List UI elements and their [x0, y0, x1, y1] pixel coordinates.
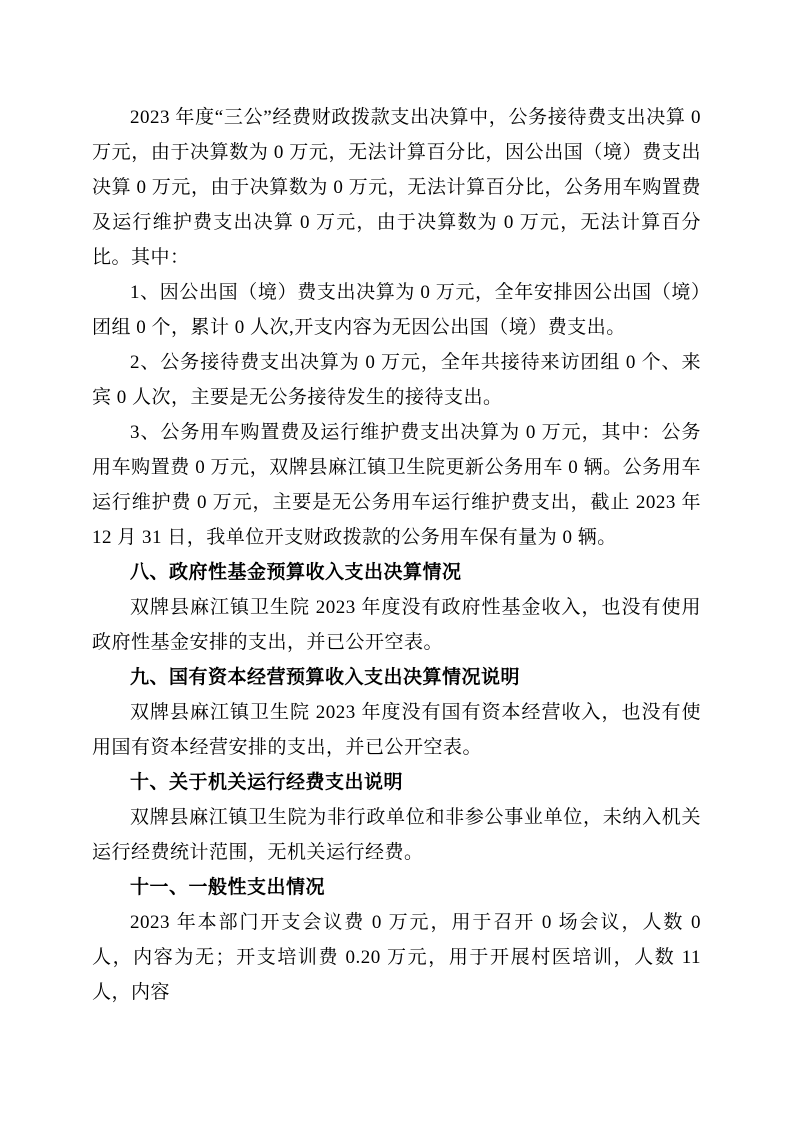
paragraph-item-2-official-reception: 2、公务接待费支出决算为 0 万元，全年共接待来访团组 0 个、来宾 0 人次，…: [92, 345, 701, 415]
heading-section-9-state-capital: 九、国有资本经营预算收入支出决算情况说明: [92, 660, 701, 695]
document-page: 2023 年度“三公”经费财政拨款支出决算中，公务接待费支出决算 0 万元，由于…: [0, 0, 793, 1122]
paragraph-item-3-official-vehicles: 3、公务用车购置费及运行维护费支出决算为 0 万元，其中：公务用车购置费 0 万…: [92, 415, 701, 555]
paragraph-general-expenses: 2023 年本部门开支会议费 0 万元，用于召开 0 场会议，人数 0 人，内容…: [92, 905, 701, 1010]
document-content: 2023 年度“三公”经费财政拨款支出决算中，公务接待费支出决算 0 万元，由于…: [0, 0, 793, 1010]
paragraph-state-capital: 双牌县麻江镇卫生院 2023 年度没有国有资本经营收入，也没有使用国有资本经营安…: [92, 695, 701, 765]
paragraph-agency-operating-costs: 双牌县麻江镇卫生院为非行政单位和非参公事业单位，未纳入机关运行经费统计范围，无机…: [92, 800, 701, 870]
heading-section-10-agency-operating-costs: 十、关于机关运行经费支出说明: [92, 765, 701, 800]
paragraph-government-funds: 双牌县麻江镇卫生院 2023 年度没有政府性基金收入，也没有使用政府性基金安排的…: [92, 590, 701, 660]
heading-section-11-general-expenses: 十一、一般性支出情况: [92, 870, 701, 905]
paragraph-three-public-funds-summary: 2023 年度“三公”经费财政拨款支出决算中，公务接待费支出决算 0 万元，由于…: [92, 100, 701, 275]
heading-section-8-government-funds: 八、政府性基金预算收入支出决算情况: [92, 555, 701, 590]
paragraph-item-1-overseas-trips: 1、因公出国（境）费支出决算为 0 万元，全年安排因公出国（境）团组 0 个，累…: [92, 275, 701, 345]
